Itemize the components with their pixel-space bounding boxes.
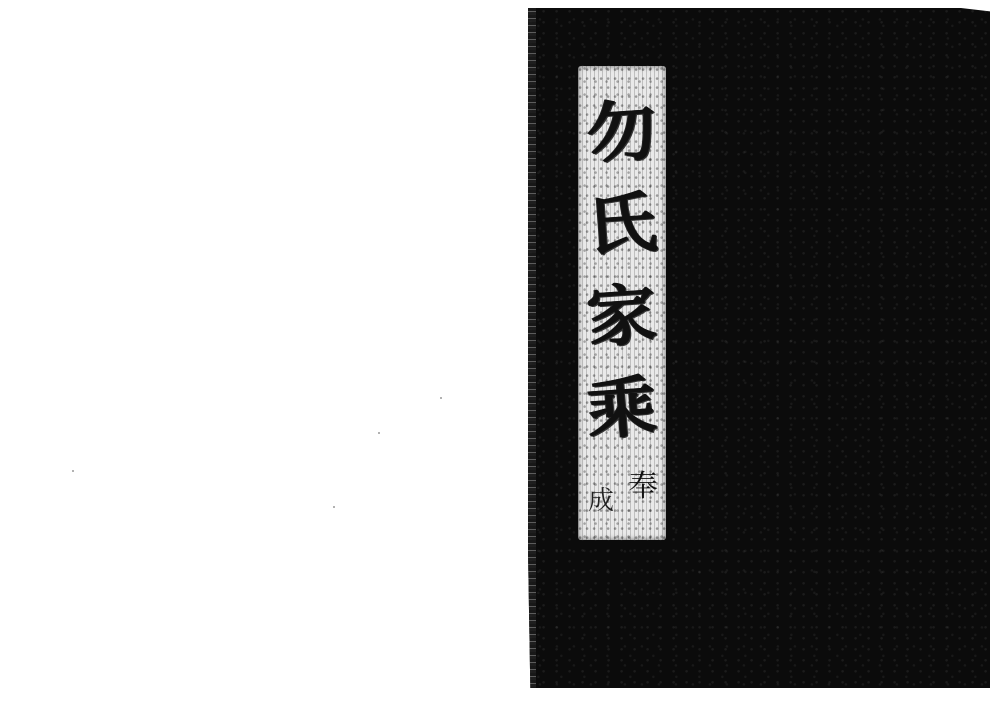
- volume-marks: 成 奉: [588, 486, 658, 516]
- title-char: 勿: [584, 84, 660, 180]
- volume-mark-right: 奉: [628, 472, 658, 502]
- cover-spine-edge: [528, 8, 536, 688]
- book-cover: 勿 氏 家 乘 成 奉: [528, 8, 990, 688]
- title-slip: 勿 氏 家 乘 成 奉: [578, 66, 666, 540]
- paper-speck: [440, 397, 442, 399]
- title-char: 家: [584, 268, 660, 364]
- paper-speck: [72, 470, 74, 472]
- title-char: 氏: [584, 176, 660, 272]
- title-char: 乘: [584, 360, 660, 456]
- paper-speck: [378, 432, 380, 434]
- cover-title: 勿 氏 家 乘: [578, 86, 666, 454]
- paper-speck: [333, 506, 335, 508]
- volume-mark-left: 成: [588, 486, 614, 516]
- left-blank-page: [0, 0, 520, 705]
